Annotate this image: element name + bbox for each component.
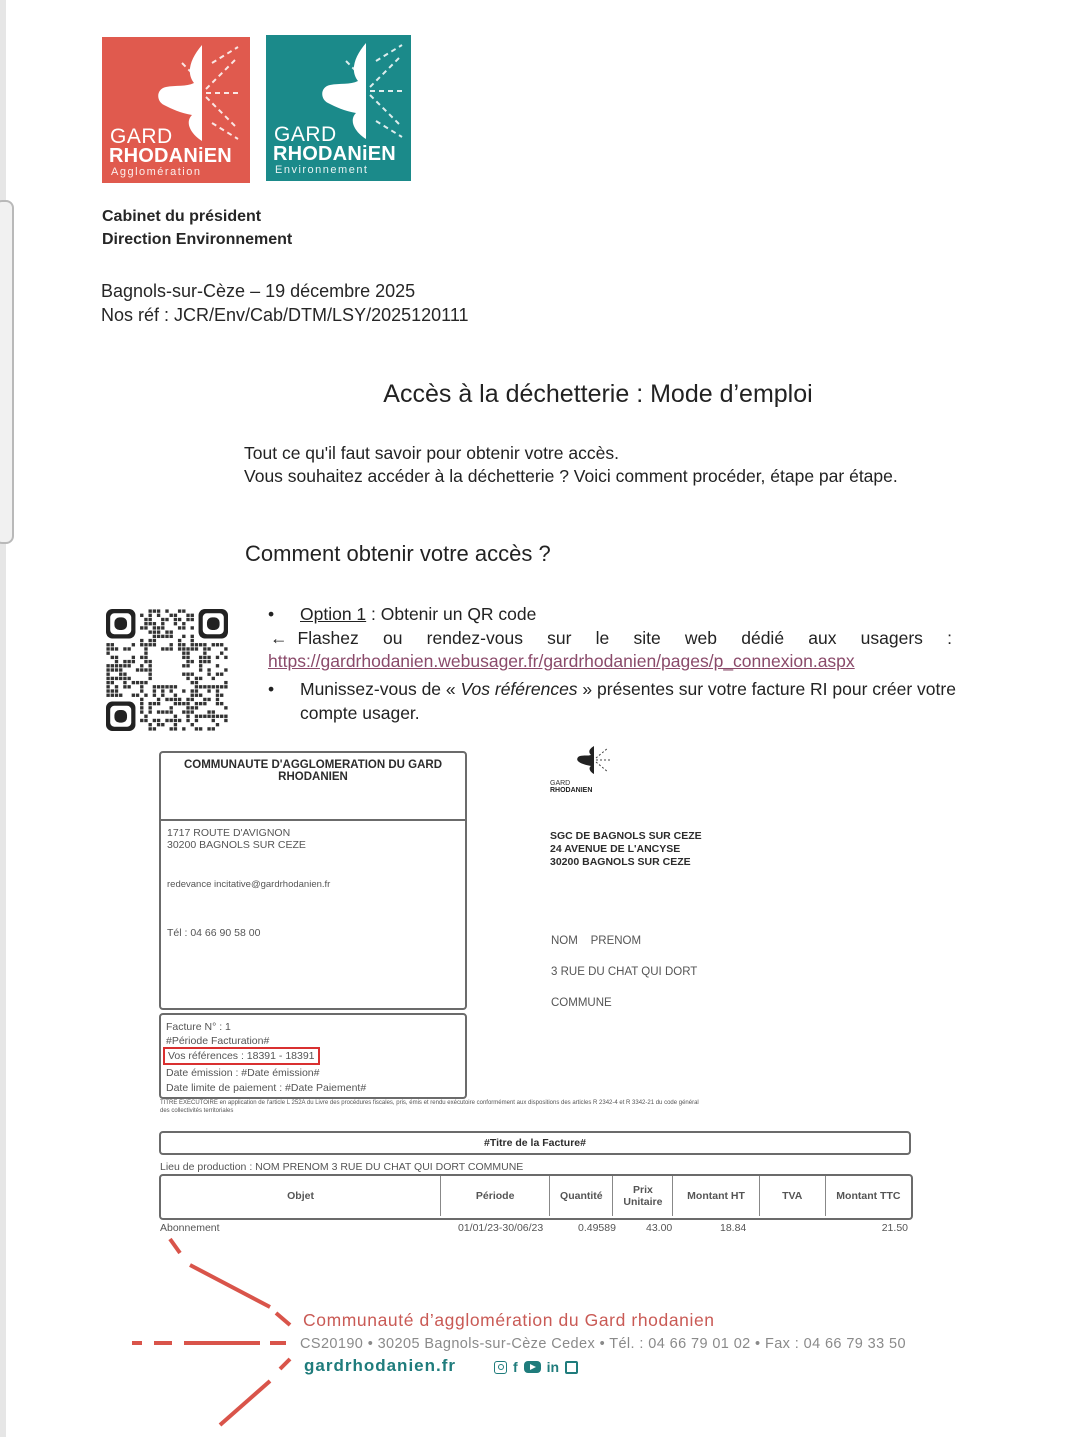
- invoice-period: #Période Facturation#: [166, 1035, 269, 1047]
- logo-line2: RHODANiEN: [273, 143, 396, 166]
- invoice-title: #Titre de la Facture#: [159, 1131, 911, 1155]
- column-header: Prix Unitaire: [613, 1176, 673, 1216]
- footer-organization: Communauté d’agglomération du Gard rhoda…: [303, 1310, 715, 1331]
- place-date: Bagnols-sur-Cèze – 19 décembre 2025: [101, 281, 415, 302]
- logo-environnement: GARD RHODANiEN Environnement: [266, 35, 411, 181]
- recipient-street: 3 RUE DU CHAT QUI DORT: [551, 966, 697, 978]
- logo-agglomeration: GARD RHODANiEN Agglomération: [102, 37, 250, 183]
- option1-item: Option 1 : Obtenir un QR code: [300, 604, 536, 625]
- column-header: Quantité: [550, 1176, 613, 1216]
- youtube-icon[interactable]: [524, 1361, 541, 1373]
- reference: Nos réf : JCR/Env/Cab/DTM/LSY/2025120111: [101, 305, 469, 326]
- qr-code[interactable]: [106, 609, 228, 731]
- invoice-logo: GARD RHODANIEN: [550, 745, 614, 795]
- issuer-tel: Tél : 04 66 90 58 00: [167, 927, 260, 939]
- refs-emphasis: Vos références: [461, 679, 578, 699]
- table-cell: 43.00: [646, 1222, 672, 1234]
- table-cell: 18.84: [720, 1222, 746, 1234]
- column-header: Montant TTC: [825, 1176, 911, 1216]
- arrow-left-icon: ←: [270, 628, 288, 649]
- flash-text: Flashez ou rendez-vous sur le site web d…: [298, 628, 953, 649]
- column-header: Période: [441, 1176, 550, 1216]
- linkedin-icon[interactable]: in: [547, 1359, 559, 1375]
- footer-social-icons: f in: [494, 1359, 578, 1375]
- sgc-line1: SGC DE BAGNOLS SUR CEZE: [550, 830, 702, 842]
- issuer-addr2: 30200 BAGNOLS SUR CEZE: [167, 839, 306, 851]
- logo-line3: Agglomération: [111, 166, 201, 178]
- invoice-references-highlight: Vos références : 18391 - 18391: [163, 1047, 320, 1065]
- table-cell: 01/01/23-30/06/23: [458, 1222, 543, 1234]
- logo-line2: RHODANiEN: [109, 145, 232, 168]
- option1-text: : Obtenir un QR code: [366, 604, 536, 624]
- invoice-logo-line2: RHODANIEN: [550, 787, 614, 795]
- webusager-link[interactable]: https://gardrhodanien.webusager.fr/gardr…: [268, 651, 855, 672]
- column-header: Objet: [161, 1176, 441, 1216]
- sgc-line3: 30200 BAGNOLS SUR CEZE: [550, 856, 691, 868]
- column-header: TVA: [759, 1176, 825, 1216]
- items-body: Abonnement01/01/23-30/06/230.4958943.001…: [160, 1222, 910, 1236]
- recipient-city: COMMUNE: [551, 997, 612, 1009]
- footer-website-link[interactable]: gardrhodanien.fr: [304, 1356, 456, 1376]
- sgc-line2: 24 AVENUE DE L'ANCYSE: [550, 843, 680, 855]
- intro-line-1: Tout ce qu'il faut savoir pour obtenir v…: [244, 443, 619, 464]
- rhodanien-mark-icon: [572, 745, 612, 775]
- invoice-due-date: Date limite de paiement : #Date Paiement…: [166, 1082, 366, 1094]
- issuer-name: COMMUNAUTE D'AGGLOMERATION DU GARD RHODA…: [161, 759, 465, 783]
- office-label: Cabinet du président: [102, 208, 261, 226]
- intro-line-2: Vous souhaitez accéder à la déchetterie …: [244, 466, 898, 487]
- invoice-meta-box: Facture N° : 1 #Période Facturation# Vos…: [159, 1013, 467, 1099]
- legal-line2: des collectivités territoriales: [160, 1107, 910, 1115]
- refs-pre: Munissez-vous de «: [300, 679, 461, 699]
- legal-line1: TITRE EXECUTOIRE en application de l'art…: [160, 1099, 910, 1107]
- page-title: Accès à la déchetterie : Mode d’emploi: [0, 380, 1067, 409]
- invoice-date-emission: Date émission : #Date émission#: [166, 1067, 320, 1079]
- invoice-logo-line1: GARD: [550, 780, 614, 787]
- instagram-icon[interactable]: [494, 1361, 507, 1374]
- table-cell: Abonnement: [160, 1222, 220, 1234]
- side-panel-handle[interactable]: [0, 200, 14, 544]
- chat-icon[interactable]: [565, 1361, 578, 1374]
- invoice-number: Facture N° : 1: [166, 1021, 231, 1033]
- column-header: Montant HT: [673, 1176, 759, 1216]
- footer-dashes-decoration: [120, 1235, 300, 1435]
- references-item: Munissez-vous de « Vos références » prés…: [300, 677, 960, 725]
- items-header: ObjetPériodeQuantitéPrix UnitaireMontant…: [159, 1174, 913, 1220]
- issuer-email: redevance incitative@gardrhodanien.fr: [167, 879, 330, 890]
- section-title: Comment obtenir votre accès ?: [245, 541, 551, 567]
- issuer-box: COMMUNAUTE D'AGGLOMERATION DU GARD RHODA…: [159, 751, 467, 1010]
- flash-line: ← Flashez ou rendez-vous sur le site web…: [270, 628, 952, 649]
- production-location: Lieu de production : NOM PRENOM 3 RUE DU…: [160, 1161, 523, 1173]
- direction-label: Direction Environnement: [102, 231, 292, 249]
- option1-label: Option 1: [300, 604, 366, 624]
- table-cell: 0.49589: [578, 1222, 616, 1234]
- table-row: Abonnement01/01/23-30/06/230.4958943.001…: [160, 1222, 910, 1236]
- recipient-name: NOM PRENOM: [551, 935, 641, 947]
- facebook-icon[interactable]: f: [513, 1359, 518, 1375]
- legal-notice: TITRE EXECUTOIRE en application de l'art…: [160, 1099, 910, 1115]
- issuer-addr1: 1717 ROUTE D'AVIGNON: [167, 827, 290, 839]
- footer-address: CS20190 • 30205 Bagnols-sur-Cèze Cedex •…: [300, 1336, 906, 1352]
- logo-line3: Environnement: [275, 164, 369, 176]
- table-cell: 21.50: [882, 1222, 908, 1234]
